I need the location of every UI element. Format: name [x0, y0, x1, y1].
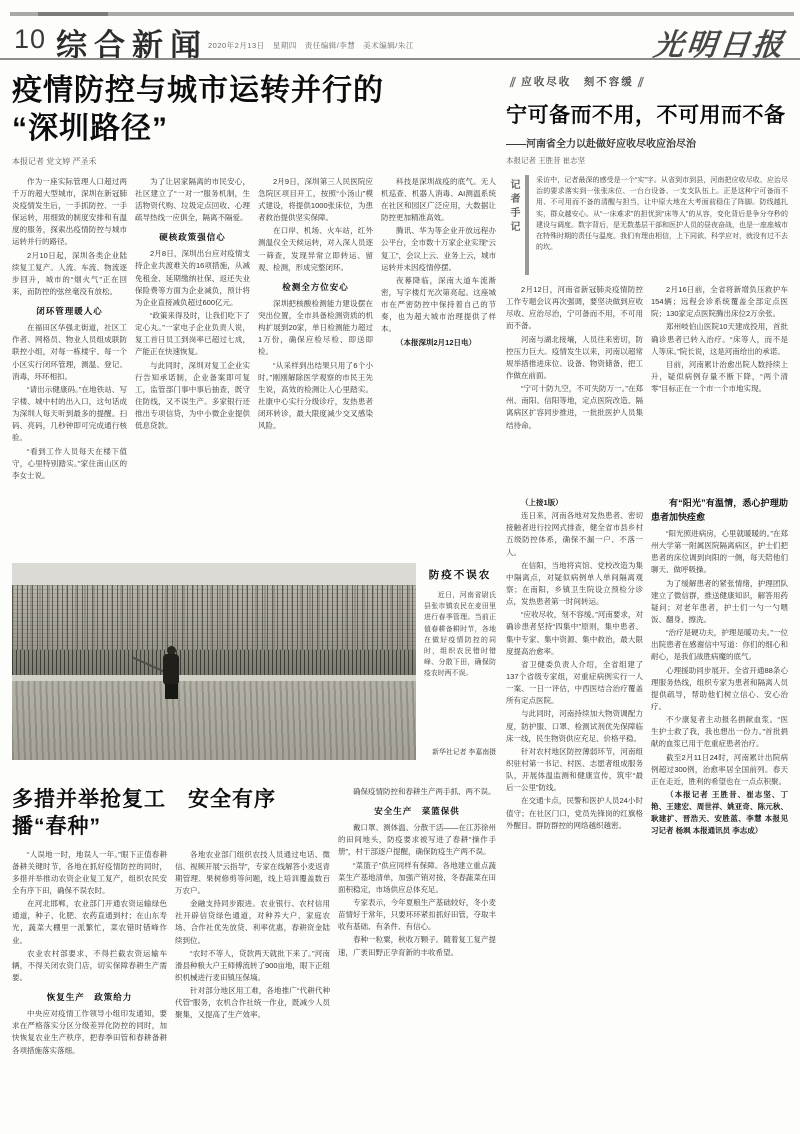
paragraph: 金融支持同步跟进。农业银行、农村信用社开辟信贷绿色通道，对种养大户、家庭农场、合…	[175, 898, 330, 947]
kicker-text: 应收尽收 刻不容缓	[521, 76, 634, 88]
paragraph: 在交通卡点，民警和医护人员24小时值守；在社区门口，党员先锋岗的红旗格外醒目。群…	[506, 795, 643, 831]
paragraph: 不少康复者主动报名捐献血浆。“医生护士救了我，我也想出一份力。”首批捐献的血浆已…	[651, 714, 788, 750]
top-rule-dark-segment	[38, 12, 108, 16]
continued-column-1: （上接1版）连日来，河南各地对发热患者、密切接触者进行拉网式排查，健全省市县乡村…	[506, 497, 643, 1127]
lead-byline: 本报记者 党文婷 严圣禾	[12, 156, 496, 167]
henan-article: ∥应收尽收 刻不容缓∥ 宁可备而不用，不可用而不备 ——河南省全力以赴做好应收尽…	[506, 74, 788, 480]
photo-sky	[12, 563, 416, 585]
continued-column-2: 有“阳光”有温情，悉心护理助患者加快痊愈 “阳光照进病房，心里就暖暖的。”在郑州…	[651, 497, 788, 1127]
paragraph: 中央应对疫情工作领导小组印发通知，要求在严格落实分区分级差异化防控的同时，加快恢…	[12, 1008, 167, 1057]
paragraph: “从采样到出结果只用了6个小时。”刚刚解除医学观察的市民王先生说，高效的检测让人…	[258, 360, 373, 433]
continued-column-2-body: “阳光照进病房，心里就暖暖的。”在郑州大学第一附属医院隔离病区，护士们把患者的床…	[651, 528, 788, 838]
paragraph: 春种一粒粟，秋收万颗子。随着复工复产提速，广袤田野正孕育新的丰收希望。	[338, 934, 496, 958]
paragraph: 2月9日，深圳第三人民医院应急院区项目开工，按照“小汤山”模式建设，将提供100…	[258, 176, 373, 225]
lead-column-1: 作为一座实际管理人口超过两千万的超大型城市，深圳在新冠肺炎疫情发生后，一手抓防控…	[12, 176, 127, 540]
paragraph: 与此同时，深圳对复工企业实行告知承诺制，企业备案即可复工，监管部门事中事后抽查，…	[135, 360, 250, 433]
caption-title: 防疫不误农	[424, 567, 496, 582]
photo-tree-rows	[12, 585, 416, 650]
paragraph: 目前，河南累计治愈出院人数持续上升，疑似病例存量不断下降，“两个清零”目标正在一…	[651, 359, 788, 395]
masthead-rule	[0, 58, 800, 60]
column-subhead: 检测全方位安心	[258, 281, 373, 293]
top-rule	[10, 12, 794, 16]
lead-article: 疫情防控与城市运转并行的 “深圳路径” 本报记者 党文婷 严圣禾 作为一座实际管…	[12, 72, 496, 540]
paragraph: 作为一座实际管理人口超过两千万的超大型城市，深圳在新冠肺炎疫情发生后，一手抓防控…	[12, 176, 127, 249]
spring-column-3: 确保疫情防控和春耕生产两手抓、两不误。安全生产 菜篮保供戴口罩、测体温、分散干活…	[338, 786, 496, 1127]
page-number: 10	[14, 24, 46, 55]
paragraph: 专家表示，今年夏粮生产基础较好，冬小麦苗情好于常年，只要环环紧扣抓好田管，夺取丰…	[338, 897, 496, 933]
bold-note: （本报记者 王胜昔、崔志坚、丁艳、王建宏、周世祥、姚亚奇、陈元秋、耿建扩、晋浩天…	[651, 789, 788, 838]
kicker-mark-left: ∥	[508, 76, 519, 88]
photo-caption: 防疫不误农 近日，河南省尉氏县张市镇农民在麦田里进行春季管理。当前正值春耕备耕时…	[424, 563, 496, 760]
paragraph: 深圳把核酸检测能力建设摆在突出位置，全市具备检测资质的机构扩展到20家，单日检测…	[258, 298, 373, 359]
column-subhead: 安全生产 菜篮保供	[338, 805, 496, 817]
paragraph: 确保疫情防控和春耕生产两手抓、两不误。	[338, 786, 496, 798]
farmer-legs	[165, 684, 178, 699]
paragraph: 戴口罩、测体温、分散干活——在江苏徐州的田间地头，防疫要求被写进了春耕“操作手册…	[338, 822, 496, 858]
bold-note: （本报深圳2月12日电）	[381, 337, 496, 349]
paragraph: “农时不等人，贷款两天就批下来了。”河南滑县种粮大户王师傅流转了900亩地，眼下…	[175, 948, 330, 984]
reporter-notebox: 记者手记 采访中，记者最深的感受是一个“实”字。从省到市到县，河南把应收尽收、应…	[506, 175, 788, 275]
paragraph: 连日来，河南各地对发热患者、密切接触者进行拉网式排查，健全省市县乡村五级防控体系…	[506, 510, 643, 559]
paragraph: “政策来得及时，让我们吃下了定心丸。”一家电子企业负责人说，复工首日员工到岗率已…	[135, 310, 250, 359]
paragraph: 河南与湖北接壤，人员往来密切，防控压力巨大。疫情发生以来，河南以超常规举措推进床…	[506, 334, 643, 383]
henan-columns: 2月12日，河南省新冠肺炎疫情防控工作专题会议再次强调，要坚决做到应收尽收、应治…	[506, 284, 788, 480]
notebox-title: 记者手记	[506, 175, 522, 275]
column-subhead: 闭环管理暖人心	[12, 305, 127, 317]
caption-text: 近日，河南省尉氏县张市镇农民在麦田里进行春季管理。当前正值春耕备耕时节，各地在做…	[424, 590, 496, 680]
lead-column-4: 科技是深圳战疫的底气。无人机巡查、机器人消毒、AI测温系统在社区和园区广泛应用，…	[381, 176, 496, 540]
paragraph: 科技是深圳战疫的底气。无人机巡查、机器人消毒、AI测温系统在社区和园区广泛应用，…	[381, 176, 496, 225]
paragraph: 2月8日，深圳出台应对疫情支持企业共渡难关的16项措施，从减免租金、延期缴纳社保…	[135, 248, 250, 309]
lead-column-3: 2月9日，深圳第三人民医院应急院区项目开工，按照“小汤山”模式建设，将提供100…	[258, 176, 373, 540]
paragraph: 针对部分地区用工难，各地推广“代耕代种代管”服务，农机合作社统一作业，既减少人员…	[175, 985, 330, 1021]
paragraph: “请出示健康码。”在地铁站、写字楼、城中村的出入口，这句话成为深圳人每天听到最多…	[12, 384, 127, 445]
paragraph: 截至2月11日24时，河南累计出院病例超过300例，治愈率居全国前列。春天正在走…	[651, 752, 788, 788]
photo-wheat-field	[12, 681, 416, 760]
photo-farmer-figure	[145, 646, 205, 716]
spring-columns: “人误地一时，地误人一年。”眼下正值春耕备耕关键时节，各地在抓好疫情防控的同时，…	[12, 849, 330, 1127]
lead-headline-line2: “深圳路径”	[12, 110, 496, 148]
kicker: ∥应收尽收 刻不容缓∥	[506, 74, 788, 89]
paragraph: 郑州岐伯山医院10天建成投用，首批确诊患者已转入治疗。“床等人，而不是人等床。”…	[651, 321, 788, 357]
paragraph: 心理援助同步展开。全省开通88条心理服务热线，组织专家为患者和隔离人员提供疏导，…	[651, 665, 788, 714]
paragraph: “阳光照进病房，心里就暖暖的。”在郑州大学第一附属医院隔离病区，护士们把患者的床…	[651, 528, 788, 577]
paragraph: “治疗是硬功夫，护理是暖功夫。”一位出院患者在感谢信中写道：你们的细心和耐心，是…	[651, 627, 788, 663]
paragraph: 在福田区华强北街道，社区工作者、网格员、物业人员组成联防联控小组，对每一栋楼宇、…	[12, 322, 127, 383]
paragraph: “宁可十防九空，不可失防万一。”在郑州、南阳、信阳等地，定点医院改造、隔离病区扩…	[506, 383, 643, 432]
henan-headline: 宁可备而不用，不可用而不备	[506, 99, 788, 129]
column-subhead: 硬核政策强信心	[135, 231, 250, 243]
paragraph: 2月16日前，全省将新增负压救护车154辆；远程会诊系统覆盖全部定点医院；130…	[651, 284, 788, 320]
paragraph: 在河北邯郸，农业部门开通农资运输绿色通道，种子、化肥、农药直通到村；在山东寿光，…	[12, 898, 167, 947]
kicker-mark-right: ∥	[636, 76, 647, 88]
henan-column-1: 2月12日，河南省新冠肺炎疫情防控工作专题会议再次强调，要坚决做到应收尽收、应治…	[506, 284, 643, 480]
paragraph: 在口岸、机场、火车站，红外测温仪全天候运转，对入深人员逐一筛查，发现异常立即转运…	[258, 225, 373, 274]
paragraph: 农业农村部要求，不得拦截农资运输车辆，不得关闭农资门店，切实保障春耕生产需要。	[12, 948, 167, 984]
paragraph: 腾讯、华为等企业开放远程办公平台，全市数十万家企业实现“云复工”，会议上云、业务…	[381, 225, 496, 274]
notebox-bar	[525, 175, 529, 275]
continued-article: （上接1版）连日来，河南各地对发热患者、密切接触者进行拉网式排查，健全省市县乡村…	[506, 497, 788, 1127]
spring-column-2: 各地农业部门组织农技人员通过电话、微信、视频开展“云指导”，专家在线解答小麦返青…	[175, 849, 330, 1127]
henan-column-2: 2月16日前，全省将新增负压救护车154辆；远程会诊系统覆盖全部定点医院；130…	[651, 284, 788, 480]
paragraph: 2月10日起，深圳各类企业陆续复工复产。人流、车流、物流逐步回升，城市的“烟火气…	[12, 250, 127, 299]
news-photo	[12, 563, 416, 760]
paragraph: 夜幕降临，深南大道车流渐密，写字楼灯光次第亮起。这座城市在严密防控中保持着自己的…	[381, 275, 496, 336]
spring-column-1: “人误地一时，地误人一年。”眼下正值春耕备耕关键时节，各地在抓好疫情防控的同时，…	[12, 849, 167, 1127]
bold-note: （上接1版）	[506, 497, 643, 509]
henan-byline: 本报记者 王胜昔 崔志坚	[506, 155, 788, 166]
notebox-text: 采访中，记者最深的感受是一个“实”字。从省到市到县，河南把应收尽收、应治尽治的要…	[536, 175, 788, 275]
column-subhead: 恢复生产 政策给力	[12, 991, 167, 1003]
photo-tree-rows-dark	[12, 650, 416, 676]
paragraph: 针对农村地区防控薄弱环节，河南组织驻村第一书记、村医、志愿者组成服务队，开展体温…	[506, 746, 643, 795]
spring-headline: 多措并举抢复工 安全有序播“春种”	[12, 786, 330, 841]
paragraph: 省卫健委负责人介绍，全省组建了137个省级专家组，对重症病例实行一人一案、一日一…	[506, 659, 643, 708]
paragraph: “看到工作人员每天在楼下值守，心里特别踏实。”家住南山区的李女士说。	[12, 446, 127, 482]
paragraph: 与此同时，河南持续加大物资调配力度，防护服、口罩、检测试剂优先保障临床一线，民生…	[506, 708, 643, 744]
paragraph: 为了让居家隔离的市民安心，社区建立了“一对一”服务机制，生活物资代购、垃圾定点回…	[135, 176, 250, 225]
lead-column-2: 为了让居家隔离的市民安心，社区建立了“一对一”服务机制，生活物资代购、垃圾定点回…	[135, 176, 250, 540]
paragraph: 2月12日，河南省新冠肺炎疫情防控工作专题会议再次强调，要坚决做到应收尽收、应治…	[506, 284, 643, 333]
paragraph: “人误地一时，地误人一年。”眼下正值春耕备耕关键时节，各地在抓好疫情防控的同时，…	[12, 849, 167, 898]
paragraph: “应收尽收，刻不容缓。”河南要求，对确诊患者坚持“四集中”原则，集中患者、集中专…	[506, 609, 643, 658]
spring-article: 多措并举抢复工 安全有序播“春种” “人误地一时，地误人一年。”眼下正值春耕备耕…	[12, 786, 496, 1127]
continued-inline-headline: 有“阳光”有温情，悉心护理助患者加快痊愈	[651, 497, 788, 524]
farmer-body	[163, 654, 179, 685]
paragraph: “菜篮子”供应同样有保障。各地建立重点蔬菜生产基地清单，加强产销对接，冬春蔬菜在…	[338, 860, 496, 896]
dateline: 2020年2月13日 星期四 责任编辑/李慧 美术编辑/朱江	[208, 40, 414, 51]
lead-headline-line1: 疫情防控与城市运转并行的	[12, 72, 496, 110]
caption-credit: 新华社记者 李嘉南摄	[424, 746, 496, 760]
henan-subheadline: ——河南省全力以赴做好应收尽收应治尽治	[506, 135, 788, 150]
spring-article-left: 多措并举抢复工 安全有序播“春种” “人误地一时，地误人一年。”眼下正值春耕备耕…	[12, 786, 330, 1127]
paragraph: 为了缓解患者的紧张情绪，护理团队建立了微信群，推送健康知识，解答用药疑问；对老年…	[651, 578, 788, 627]
lead-columns: 作为一座实际管理人口超过两千万的超大型城市，深圳在新冠肺炎疫情发生后，一手抓防控…	[12, 176, 496, 540]
paragraph: 在信阳，当地将宾馆、党校改造为集中隔离点，对疑似病例单人单间隔离观察；在南阳，乡…	[506, 560, 643, 609]
newspaper-page: 10 综合新闻 2020年2月13日 星期四 责任编辑/李慧 美术编辑/朱江 光…	[0, 0, 800, 1134]
paragraph: 各地农业部门组织农技人员通过电话、微信、视频开展“云指导”，专家在线解答小麦返青…	[175, 849, 330, 898]
